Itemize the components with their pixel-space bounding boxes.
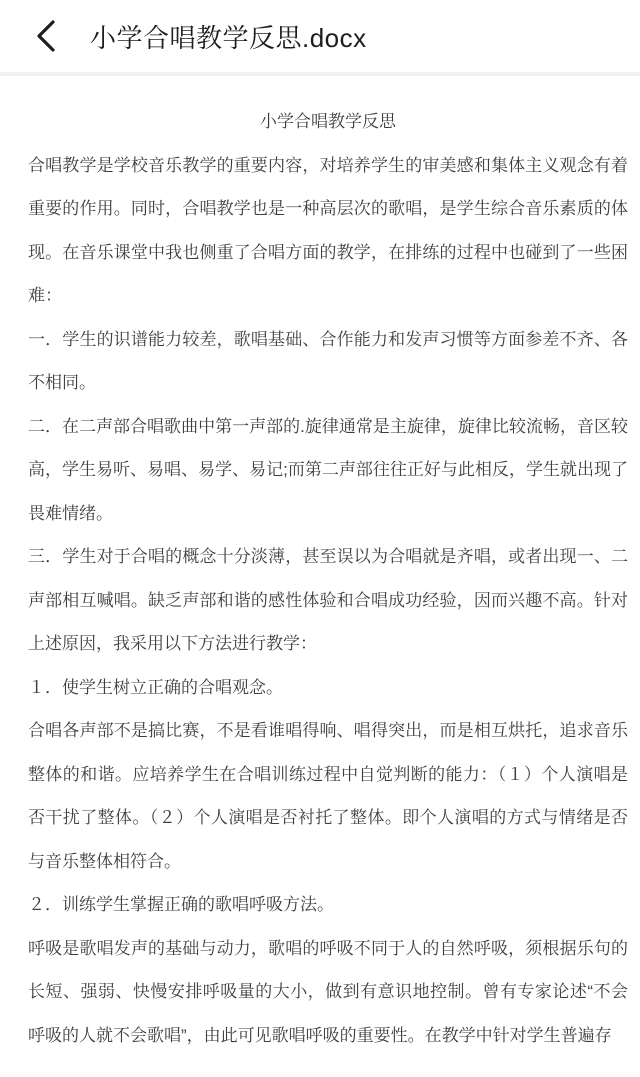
document-title: 小学合唱教学反思 (28, 100, 628, 144)
paragraph: 三．学生对于合唱的概念十分淡薄，甚至误以为合唱就是齐唱，或者出现一、二声部相互喊… (28, 535, 628, 666)
title-bar: 小学合唱教学反思.docx (0, 0, 640, 72)
paragraph: 合唱各声部不是搞比赛，不是看谁唱得响、唱得突出，而是相互烘托，追求音乐整体的和谐… (28, 709, 628, 883)
back-button[interactable] (36, 19, 60, 53)
paragraph: 一．学生的识谱能力较差，歌唱基础、合作能力和发声习惯等方面参差不齐、各不相同。 (28, 318, 628, 405)
paragraph: 呼吸是歌唱发声的基础与动力，歌唱的呼吸不同于人的自然呼吸，须根据乐句的长短、强弱… (28, 927, 628, 1058)
paragraph: 二．在二声部合唱歌曲中第一声部的.旋律通常是主旋律，旋律比较流畅，音区较高，学生… (28, 405, 628, 536)
paragraph-list: 合唱教学是学校音乐教学的重要内容，对培养学生的审美感和集体主义观念有着重要的作用… (28, 144, 628, 1058)
paragraph: 合唱教学是学校音乐教学的重要内容，对培养学生的审美感和集体主义观念有着重要的作用… (28, 144, 628, 318)
chevron-left-icon (36, 20, 56, 52)
file-title: 小学合唱教学反思.docx (90, 18, 367, 55)
paragraph: １．使学生树立正确的合唱观念。 (28, 666, 628, 710)
document-body: 小学合唱教学反思 合唱教学是学校音乐教学的重要内容，对培养学生的审美感和集体主义… (0, 76, 640, 1057)
paragraph: ２．训练学生掌握正确的歌唱呼吸方法。 (28, 883, 628, 927)
